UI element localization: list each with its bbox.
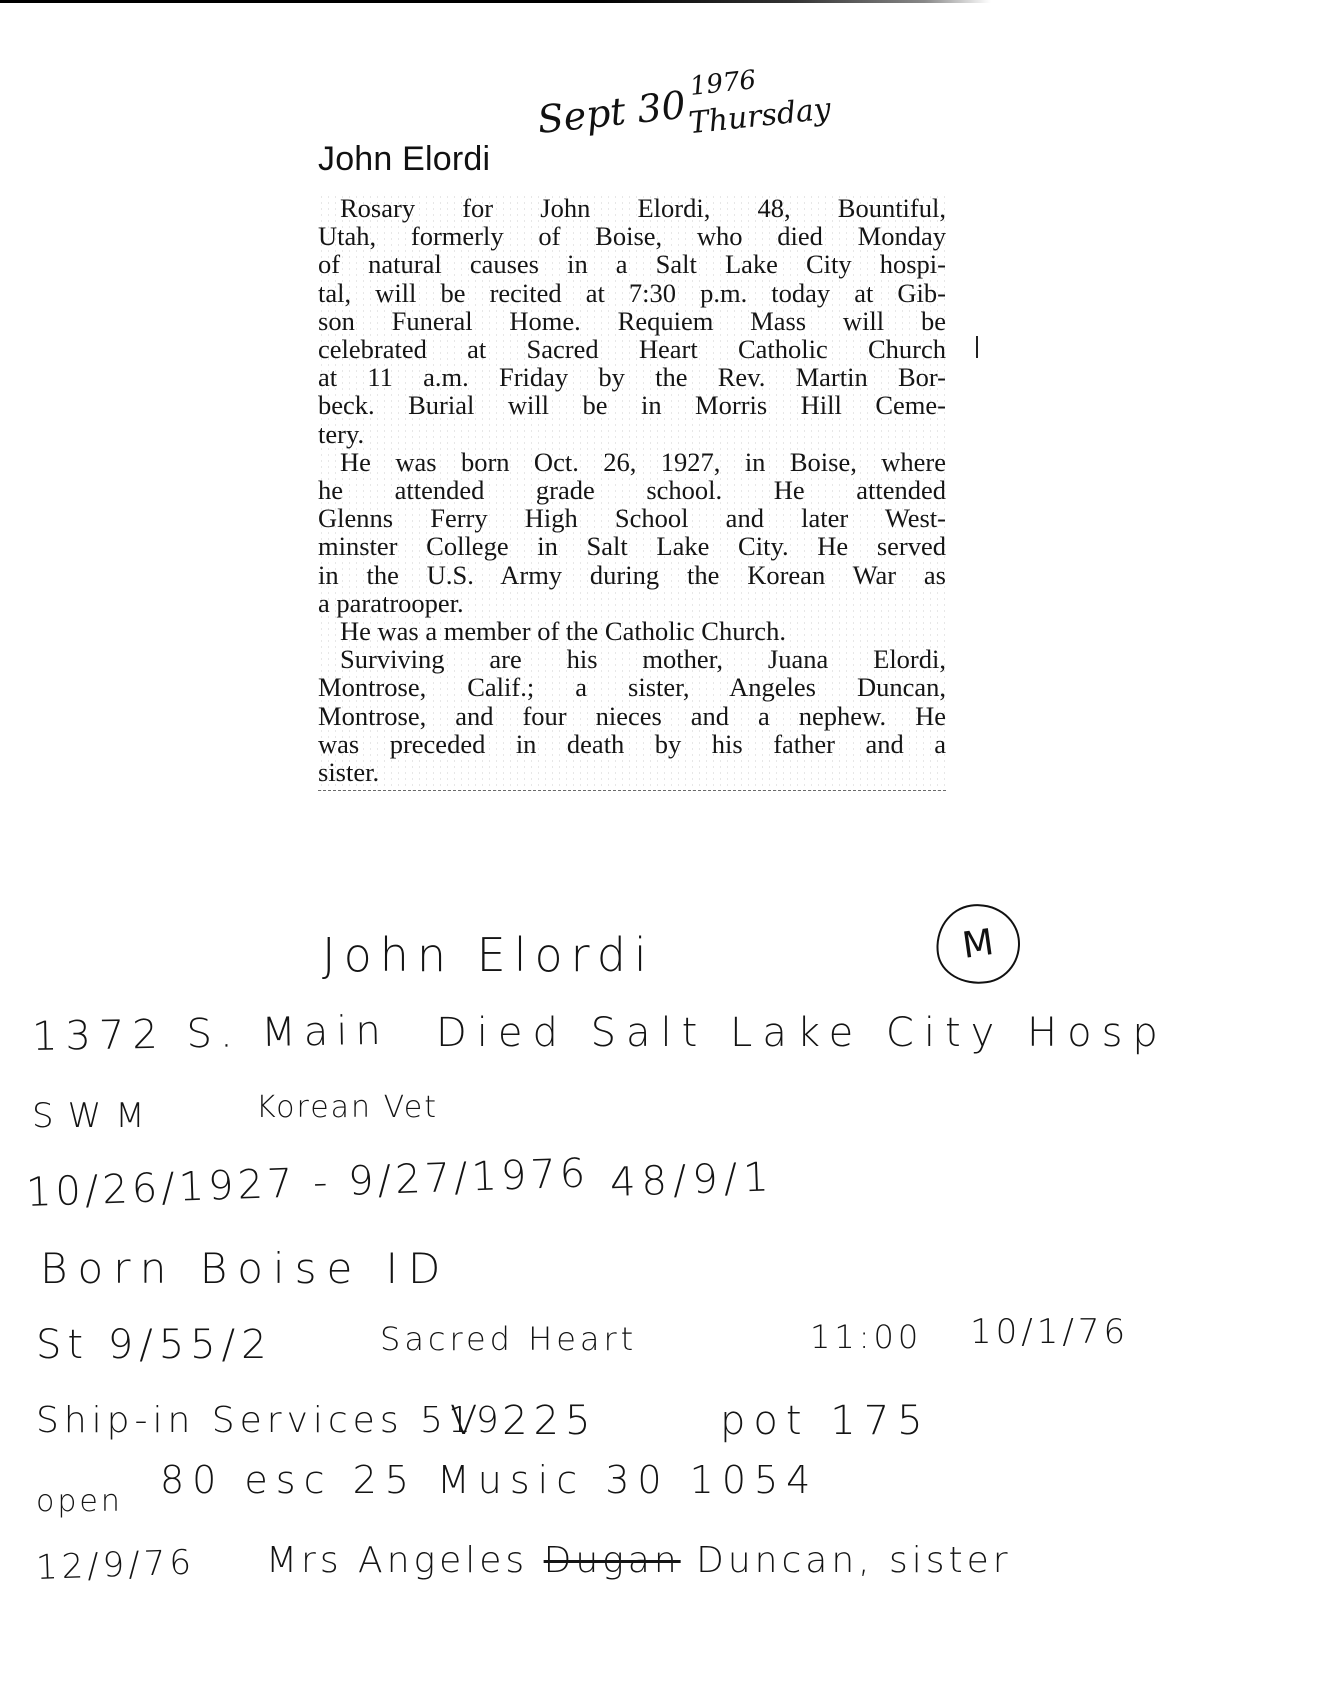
note-church: Sacred Heart	[380, 1320, 637, 1358]
note-contact-date: 12/9/76	[35, 1542, 195, 1588]
circled-letter-mark: M	[931, 899, 1025, 990]
note-contact-prefix: Mrs Angeles	[266, 1540, 528, 1581]
handwritten-notes: M John Elordi 1372 S. Main Died Salt Lak…	[0, 0, 1321, 1698]
note-service-time: 11:00	[810, 1318, 922, 1356]
note-military-service: Korean Vet	[256, 1090, 438, 1125]
note-charges-pot: pot 175	[720, 1398, 931, 1444]
note-race-sex-status: SWM	[32, 1096, 159, 1136]
note-contact: Mrs Angeles Dugan Duncan, sister	[266, 1540, 1012, 1581]
note-charges-line2: 80 esc 25 Music 30 1054	[160, 1458, 818, 1502]
note-address: 1372 S. Main	[32, 1008, 390, 1060]
note-service-date: 10/1/76	[970, 1312, 1129, 1352]
note-charges-line1: Ship-in Services 519	[36, 1400, 504, 1441]
note-name: John Elordi	[322, 928, 655, 982]
note-life-dates: 10/26/1927 - 9/27/1976	[25, 1150, 590, 1216]
note-charges-v: V 225	[450, 1398, 596, 1444]
note-age: 48/9/1	[609, 1154, 775, 1206]
note-contact-suffix: Duncan, sister	[696, 1540, 1012, 1581]
note-open-label: open	[36, 1484, 123, 1519]
note-contact-struck: Dugan	[544, 1540, 681, 1581]
note-burial-lot: St 9/55/2	[36, 1322, 273, 1368]
note-place-of-death: Died Salt Lake City Hosp	[436, 1010, 1168, 1056]
note-birthplace: Born Boise ID	[40, 1244, 450, 1293]
